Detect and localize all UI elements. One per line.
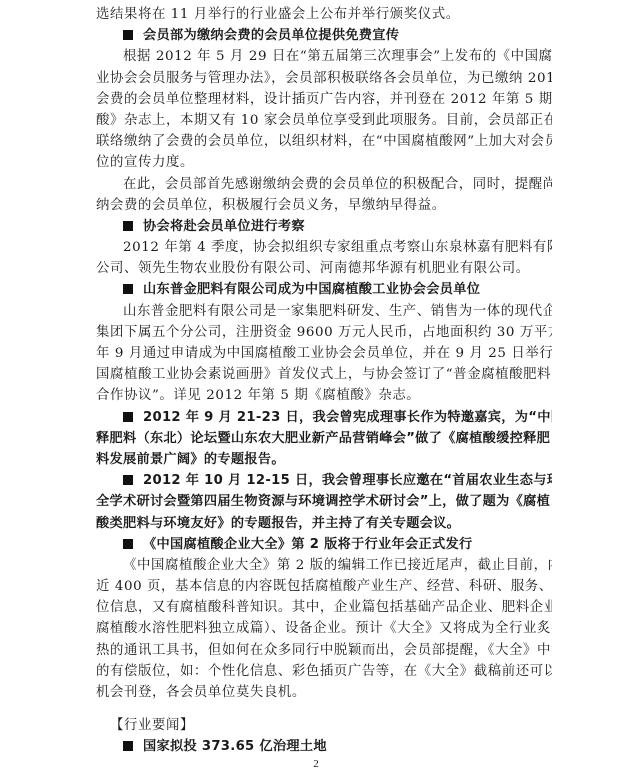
paragraph-line: 酸》杂志上，本期又有 10 家会员单位享受到此项服务。目前，会员部正在积极 <box>96 110 552 131</box>
bullet-square-icon <box>123 741 133 751</box>
paragraph-line: 公司、领先生物农业股份有限公司、河南德邦华源有机肥业有限公司。 <box>96 258 552 279</box>
bullet-square-icon <box>123 30 133 40</box>
bullet-square-icon <box>123 539 133 549</box>
heading-text: 协会将赴会员单位进行考察 <box>143 219 305 234</box>
bullet-square-icon <box>123 475 133 485</box>
bullet-square-icon <box>123 412 133 422</box>
bullet-square-icon <box>123 221 133 231</box>
paragraph-line: 位的宣传力度。 <box>96 152 552 173</box>
paragraph-line: 酸类肥料与环境友好》的专题报告，并主持了有关专题会议。 <box>96 513 552 534</box>
paragraph-line: 在此，会员部首先感谢缴纳会费的会员单位的积极配合，同时，提醒尚未缴 <box>96 174 552 195</box>
paragraph-line: 会费的会员单位整理材料，设计插页广告内容，并刊登在 2012 年第 5 期《腐植 <box>96 89 552 110</box>
paragraph-line: 近 400 页，基本信息的内容既包括腐植酸产业生产、经营、科研、服务、应用单 <box>96 576 552 597</box>
news-heading-text: 国家拟投 373.65 亿治理土地 <box>143 739 327 754</box>
paragraph-line: 联络缴纳了会费的会员单位，以组织材料，在“中国腐植酸网”上加大对会员单 <box>96 131 552 152</box>
paragraph-line: 根据 2012 年 5 月 29 日在“第五届第三次理事会”上发布的《中国腐植酸… <box>96 46 552 67</box>
paragraph-line: 合作协议”。详见 2012 年第 5 期《腐植酸》杂志。 <box>96 385 552 406</box>
section-label: 【行业要闻】 <box>96 715 552 736</box>
section-heading: 协会将赴会员单位进行考察 <box>96 216 552 237</box>
heading-text: 会员部为缴纳会费的会员单位提供免费宣传 <box>143 28 399 43</box>
paragraph-line: 山东普金肥料有限公司是一家集肥料研发、生产、销售为一体的现代企业， <box>96 301 552 322</box>
paragraph-line: 国腐植酸工业协会素说画册》首发仪式上，与协会签订了“普金腐植酸肥料战略 <box>96 364 552 385</box>
paragraph-line: 年 9 月通过申请成为中国腐植酸工业协会会员单位，并在 9 月 25 日举行的《… <box>96 343 552 364</box>
section-heading: 山东普金肥料有限公司成为中国腐植酸工业协会会员单位 <box>96 279 552 300</box>
paragraph-line: 业协会会员服务与管理办法》，会员部积极联络各会员单位，为已缴纳 2012 年度 <box>96 68 552 89</box>
bullet-square-icon <box>123 284 133 294</box>
paragraph-line: 机会刊登，各会员单位莫失良机。 <box>96 682 552 703</box>
section-heading: 2012 年 9 月 21-23 日，我会曾宪成理事长作为特邀嘉宾，为“中国缓控 <box>96 407 552 428</box>
page-number: 2 <box>0 758 632 770</box>
paragraph-line: 料发展前景广阔》的专题报告。 <box>96 449 552 470</box>
paragraph-line: 释肥料（东北）论坛暨山东农大肥业新产品营销峰会”做了《腐植酸缓控释肥 <box>96 428 552 449</box>
paragraph-line: 的有偿版位，如：个性化信息、彩色插页广告等，在《大全》截稿前还可以抓住 <box>96 661 552 682</box>
heading-text: 山东普金肥料有限公司成为中国腐植酸工业协会会员单位 <box>143 282 480 297</box>
paragraph-line: 纳会费的会员单位，积极履行会员义务，早缴纳早得益。 <box>96 195 552 216</box>
document-page: 选结果将在 11 月举行的行业盛会上公布并举行颁奖仪式。会员部为缴纳会费的会员单… <box>96 4 552 758</box>
heading-text: 2012 年 9 月 21-23 日，我会曾宪成理事长作为特邀嘉宾，为“中国缓控 <box>143 410 552 425</box>
paragraph-line: 热的通讯工具书，但如何在众多同行中脱颖而出，会员部提醒，《大全》中设置 <box>96 640 552 661</box>
spacer <box>96 703 552 715</box>
paragraph-line: 《中国腐植酸企业大全》第 2 版的编辑工作已接近尾声，截止目前，内容已 <box>96 555 552 576</box>
paragraph-line: 集团下属五个分公司，注册资金 9600 万元人民币，占地面积约 30 万平方米。… <box>96 322 552 343</box>
section-heading: 2012 年 10 月 12-15 日，我会曾理事长应邀在“首届农业生态与环境安 <box>96 470 552 491</box>
news-heading: 国家拟投 373.65 亿治理土地 <box>96 736 552 757</box>
heading-text: 2012 年 10 月 12-15 日，我会曾理事长应邀在“首届农业生态与环境安 <box>143 473 552 488</box>
heading-text: 《中国腐植酸企业大全》第 2 版将于行业年会正式发行 <box>143 537 472 552</box>
section-heading: 《中国腐植酸企业大全》第 2 版将于行业年会正式发行 <box>96 534 552 555</box>
paragraph-line: 位信息，又有腐植酸科普知识。其中，企业篇包括基础产品企业、肥料企业（含 <box>96 597 552 618</box>
paragraph-line: 腐植酸水溶性肥料独立成篇）、设备企业。预计《大全》又将成为全行业炙手可 <box>96 618 552 639</box>
paragraph-line: 2012 年第 4 季度，协会拟组织专家组重点考察山东泉林嘉有肥料有限责任 <box>96 237 552 258</box>
section-heading: 会员部为缴纳会费的会员单位提供免费宣传 <box>96 25 552 46</box>
paragraph-line: 全学术研讨会暨第四届生物资源与环境调控学术研讨会”上，做了题为《腐植 <box>96 491 552 512</box>
paragraph-line: 选结果将在 11 月举行的行业盛会上公布并举行颁奖仪式。 <box>96 4 552 25</box>
